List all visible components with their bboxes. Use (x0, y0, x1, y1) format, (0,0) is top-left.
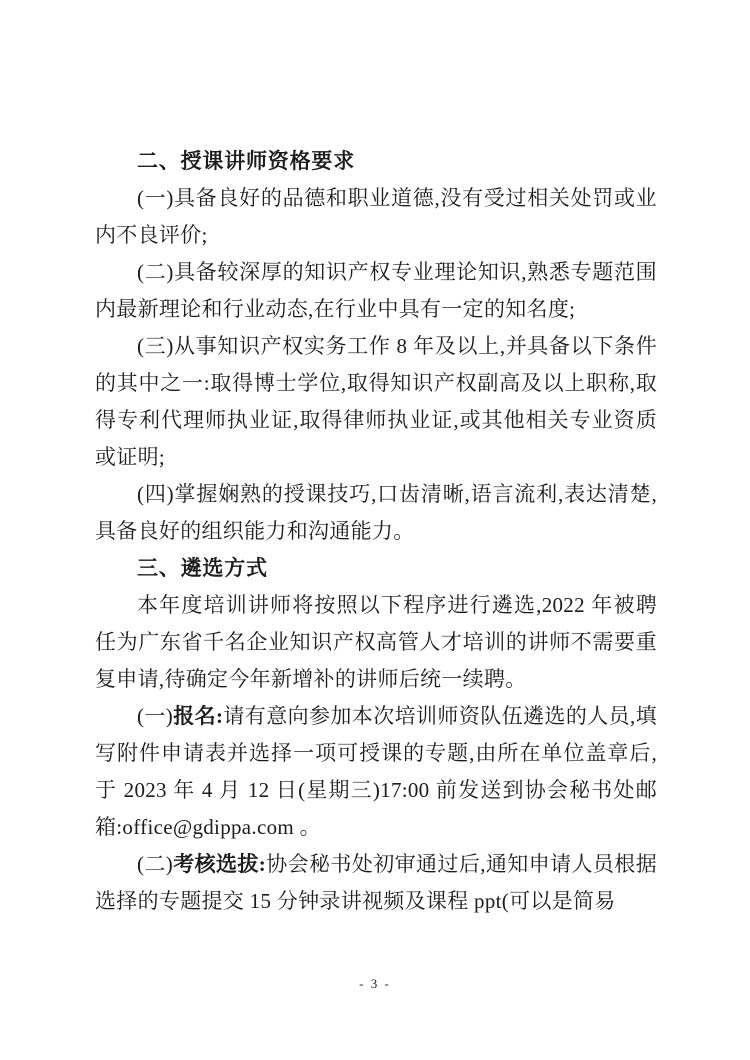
text-run: (四)掌握娴熟的授课技巧,口齿清晰,语言流利,表达清楚,具备良好的组织能力和沟通… (95, 482, 657, 543)
paragraph: (二)考核选拔:协会秘书处初审通过后,通知申请人员根据选择的专题提交 15 分钟… (95, 846, 657, 920)
document-body: 二、授课讲师资格要求(一)具备良好的品德和职业道德,没有受过相关处罚或业内不良评… (95, 143, 657, 920)
bold-text-run: 三、遴选方式 (137, 557, 268, 580)
text-run: (三)从事知识产权实务工作 8 年及以上,并具备以下条件的其中之一:取得博士学位… (95, 334, 657, 469)
paragraph: (三)从事知识产权实务工作 8 年及以上,并具备以下条件的其中之一:取得博士学位… (95, 328, 657, 476)
bold-text-run: 二、授课讲师资格要求 (137, 150, 355, 173)
section-heading: 三、遴选方式 (95, 550, 657, 587)
text-run: (一) (137, 704, 173, 728)
paragraph: (一)报名:请有意向参加本次培训师资队伍遴选的人员,填写附件申请表并选择一项可授… (95, 698, 657, 846)
document-page: 二、授课讲师资格要求(一)具备良好的品德和职业道德,没有受过相关处罚或业内不良评… (0, 0, 750, 1060)
bold-text-run: 考核选拔: (173, 852, 266, 876)
paragraph: (四)掌握娴熟的授课技巧,口齿清晰,语言流利,表达清楚,具备良好的组织能力和沟通… (95, 476, 657, 550)
paragraph: (一)具备良好的品德和职业道德,没有受过相关处罚或业内不良评价; (95, 180, 657, 254)
bold-text-run: 报名: (173, 704, 223, 728)
page-number: - 3 - (0, 976, 750, 992)
text-run: (二)具备较深厚的知识产权专业理论知识,熟悉专题范围内最新理论和行业动态,在行业… (95, 260, 657, 321)
text-run: (一)具备良好的品德和职业道德,没有受过相关处罚或业内不良评价; (95, 186, 657, 247)
section-heading: 二、授课讲师资格要求 (95, 143, 657, 180)
text-run: (二) (137, 852, 173, 876)
paragraph: 本年度培训讲师将按照以下程序进行遴选,2022 年被聘任为广东省千名企业知识产权… (95, 587, 657, 698)
text-run: 本年度培训讲师将按照以下程序进行遴选,2022 年被聘任为广东省千名企业知识产权… (95, 593, 657, 691)
paragraph: (二)具备较深厚的知识产权专业理论知识,熟悉专题范围内最新理论和行业动态,在行业… (95, 254, 657, 328)
